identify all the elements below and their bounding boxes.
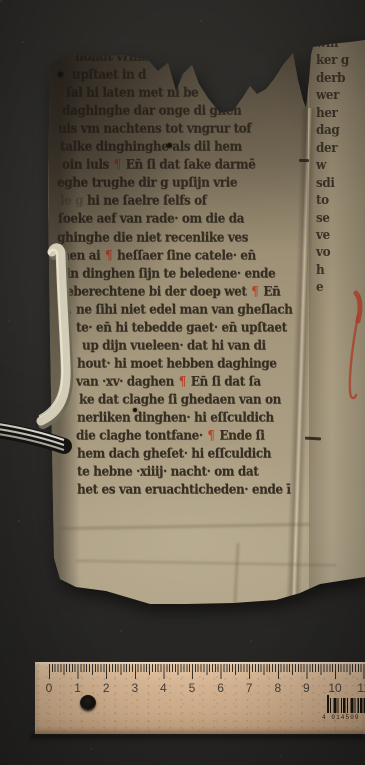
adjacent-leaf-word: dag: [316, 123, 339, 138]
adjacent-leaf-word: wer: [316, 88, 339, 103]
manuscript-line: eghe trughe dir g upſijn vrie: [57, 175, 237, 194]
text-segment: up dijn vueleen· dat hi van di: [82, 338, 266, 353]
adjacent-leaf-word: h: [316, 262, 324, 277]
clip-band: [41, 248, 66, 421]
manuscript-line: hout· hi moet hebben daghinge: [77, 356, 277, 375]
paraph-mark: ¶: [206, 428, 215, 443]
text-segment: hout· hi moet hebben daghinge: [77, 356, 277, 371]
text-segment: nerliken dinghen· hi eſſculdich: [77, 410, 274, 425]
ruler-number: 0: [38, 681, 60, 695]
text-segment: En̄: [260, 284, 281, 299]
ruler-number: 8: [267, 681, 289, 695]
ruler-number: 10: [324, 681, 346, 695]
manuscript-line: le g hi ne ſaelre ſelfs of: [60, 193, 206, 212]
barcode-bars: [327, 698, 365, 713]
red-initial-flourish: [340, 285, 365, 410]
paraph-mark: ¶: [250, 284, 259, 299]
adjacent-leaf-word: w: [316, 158, 326, 173]
adjacent-leaf-word: se: [316, 210, 330, 225]
text-segment: Ende ſi: [216, 428, 265, 443]
parchment-crease: [60, 523, 310, 530]
text-segment: in dinghen ſijn te beledene· ende: [66, 266, 275, 281]
text-segment: uis vm nachtens tot vngrur tof: [58, 121, 251, 136]
text-segment: ſoeke aef van rade· om die da: [58, 211, 244, 226]
ruler-ticks-cm: [49, 664, 365, 679]
manuscript-line: hen ai ¶ heſſaer ſine catele· en̄: [61, 248, 256, 267]
text-segment: eghe trughe dir g upſijn vrie: [57, 175, 237, 190]
paraph-mark: ¶: [113, 157, 122, 172]
text-segment: ne ſihi niet edel man van gheſlach: [76, 302, 292, 317]
manuscript-line: daghinghe dar onge di ghen: [62, 103, 241, 122]
text-segment: teberechtene bi der doep wet: [61, 284, 250, 299]
manuscript-line: ne ſihi niet edel man van gheſlach: [76, 302, 292, 321]
text-segment: hi ne ſaelre ſelfs of: [87, 193, 206, 208]
manuscript-line: ſal hi laten met ni be: [66, 85, 198, 104]
red-initial-descender: [350, 315, 358, 398]
adjacent-leaf-word: ker g: [316, 53, 349, 68]
manuscript-line: hem dach gheſet· hi eſſculdich: [77, 446, 271, 465]
text-segment: te· en̄ hi tebedde gaet· en̄ upſtaet: [76, 320, 287, 335]
text-segment: van ·xv· daghen: [76, 374, 178, 389]
ruler-shadow: [30, 734, 365, 742]
text-segment: te hebne ·xiiij· nacht· om dat: [77, 464, 258, 479]
ruler-number: 2: [95, 681, 117, 695]
worm-hole: [133, 408, 137, 412]
text-segment: oin iuls: [62, 157, 113, 172]
text-segment: ke dat claghe ſi ghedaen van on: [79, 392, 281, 407]
manuscript-line: teberechtene bi der doep wet ¶ En̄: [61, 284, 280, 303]
text-segment: het es van eruachticheden· ende ī: [77, 482, 291, 497]
text-segment: le g: [60, 193, 87, 208]
adjacent-leaf-word: vo: [316, 245, 330, 260]
manuscript-line: ke dat claghe ſi ghedaen van on: [79, 392, 281, 411]
text-segment: talke dinghinghe als dil hem: [60, 139, 242, 154]
manuscript-line: te· en̄ hi tebedde gaet· en̄ upſtaet: [76, 320, 287, 339]
manuscript-line: nerliken dinghen· hi eſſculdich: [77, 410, 274, 429]
adjacent-leaf-word: to: [316, 193, 329, 208]
manuscript-line: van ·xv· daghen ¶ En̄ ſi dat ſa: [76, 374, 261, 393]
ruler-number: 1: [67, 681, 89, 695]
adjacent-leaf-word: her: [316, 105, 337, 120]
text-segment: heſſaer ſine catele· en̄: [113, 248, 256, 263]
manuscript-line: oin iuls ¶ En̄ ſi dat ſake darmē: [62, 157, 255, 176]
text-segment: nondt vrilike: [75, 49, 156, 64]
text-segment: En̄ ſi dat ſa: [187, 374, 261, 389]
parchment-crease: [76, 560, 336, 567]
text-segment: die claghe tontfane·: [76, 428, 206, 443]
stitch-hole: [305, 437, 321, 441]
manuscript-line: up dijn vueleen· dat hi van di: [82, 338, 266, 357]
barcode-guard-bar: [327, 695, 329, 713]
barcode: 4 014509: [322, 698, 365, 721]
manuscript-line: die claghe tontfane· ¶ Ende ſi: [76, 428, 264, 447]
ruler-hole: [80, 695, 96, 711]
adjacent-leaf-word: der: [316, 140, 337, 155]
parchment-crease: [233, 543, 239, 603]
ruler-number: 11: [353, 681, 365, 695]
ruler-number: 9: [295, 681, 317, 695]
adjacent-leaf-word: ve: [316, 228, 330, 243]
text-segment: En̄ ſi dat ſake darmē: [122, 157, 256, 172]
ruler-number: 6: [210, 681, 232, 695]
stitch-hole: [299, 159, 309, 162]
clip-highlight: [40, 250, 62, 416]
manuscript-line: upſtaet in d: [72, 67, 146, 86]
text-segment: ſal hi laten met ni be: [66, 85, 198, 100]
text-segment: hem dach gheſet· hi eſſculdich: [77, 446, 271, 461]
worm-hole: [167, 143, 172, 148]
parchment-leaf: nondt vrilikeupſtaet in dſal hi laten me…: [46, 38, 365, 608]
adjacent-leaf-word: sdi: [316, 175, 335, 190]
adjacent-leaf-word: e: [316, 280, 323, 295]
manuscript-line: uis vm nachtens tot vngrur tof: [58, 121, 251, 140]
manuscript-line: het es van eruachticheden· ende ī: [77, 482, 291, 501]
manuscript-line: te hebne ·xiiij· nacht· om dat: [77, 464, 258, 483]
barcode-digits: 4 014509: [322, 714, 365, 721]
text-segment: daghinghe dar onge di ghen: [62, 103, 241, 118]
manuscript-line: ſoeke aef van rade· om die da: [58, 211, 244, 230]
metal-clip: [28, 240, 88, 470]
ruler-number: 7: [238, 681, 260, 695]
binding-fold: [285, 108, 317, 608]
adjacent-leaf-word: wm: [316, 36, 338, 51]
photo-stage: nondt vrilikeupſtaet in dſal hi laten me…: [0, 0, 365, 765]
adjacent-leaf-word: derb: [316, 71, 345, 86]
paraph-mark: ¶: [104, 248, 113, 263]
manuscript-line: nondt vrilike: [75, 49, 156, 68]
text-segment: upſtaet in d: [72, 67, 146, 82]
ruler-number: 5: [181, 681, 203, 695]
ruler-number: 4: [152, 681, 174, 695]
manuscript-line: in dinghen ſijn te beledene· ende: [66, 266, 275, 285]
ruler-number: 3: [124, 681, 146, 695]
ruler: 01234567891011 4 014509: [35, 662, 365, 734]
worm-hole: [58, 72, 63, 77]
manuscript-line: talke dinghinghe als dil hem: [60, 139, 242, 158]
paraph-mark: ¶: [178, 374, 187, 389]
